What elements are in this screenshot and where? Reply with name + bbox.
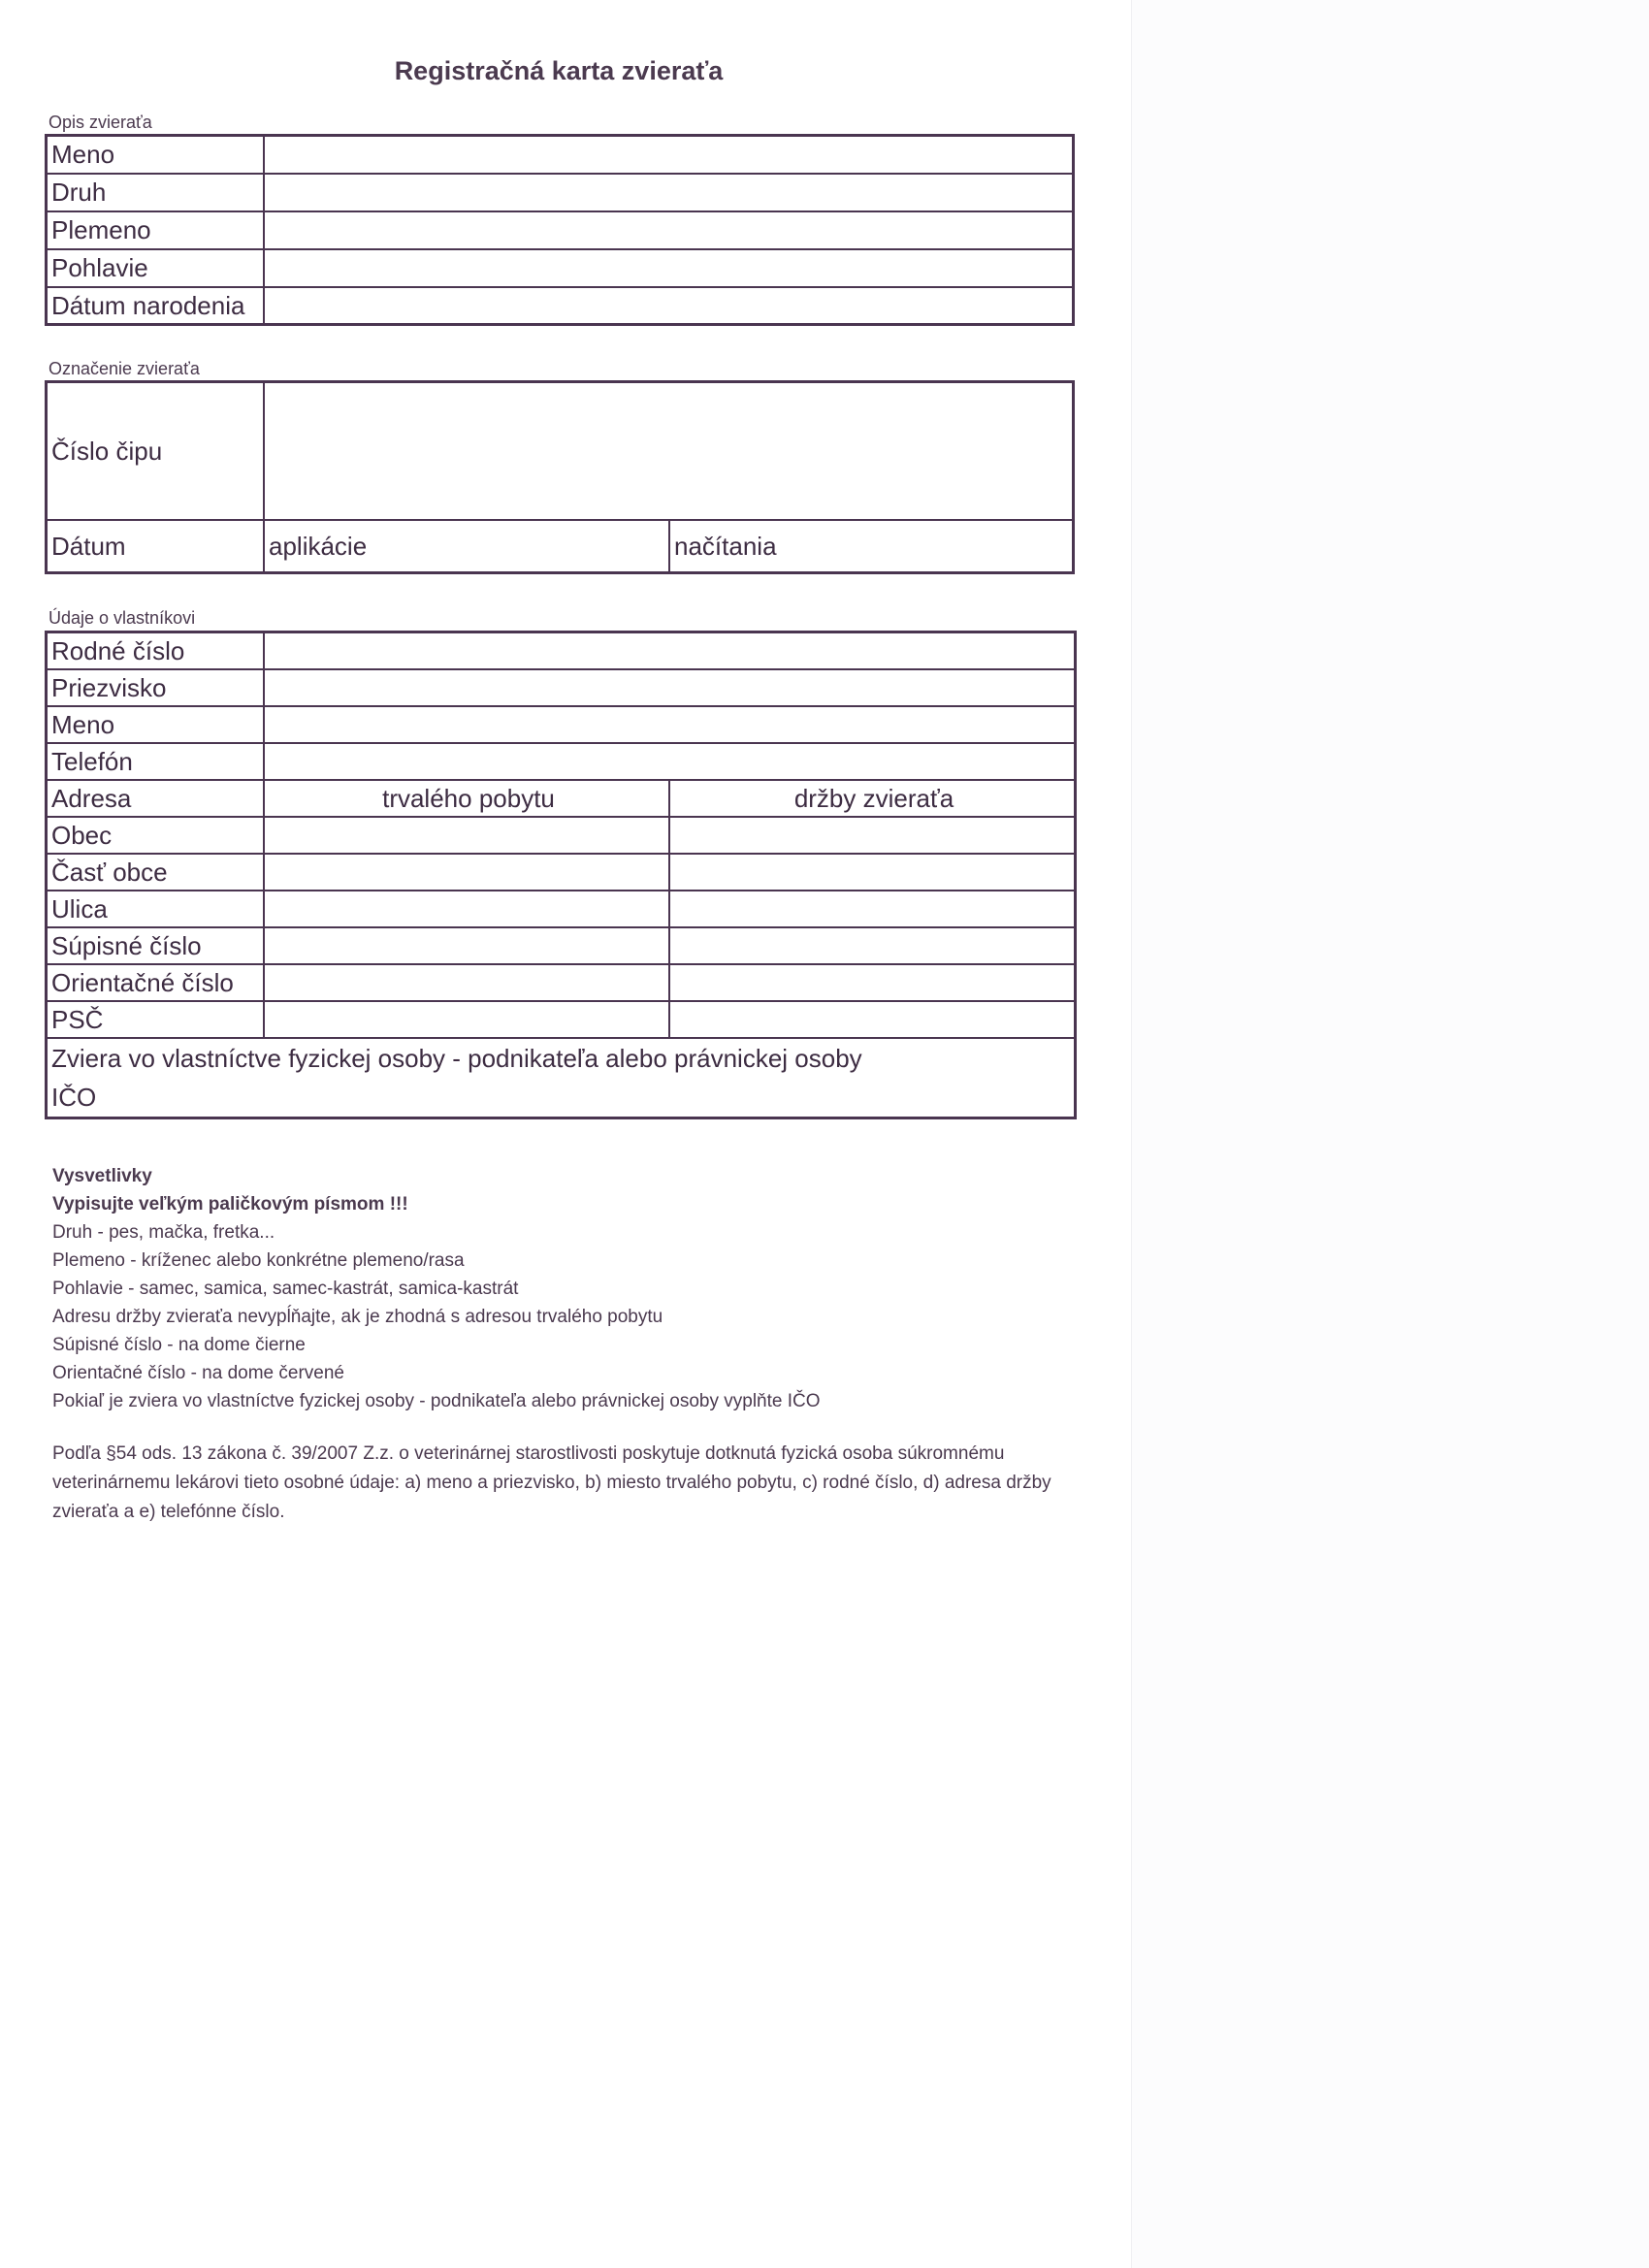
note-line: Pokiaľ je zviera vo vlastníctve fyzickej… [52, 1387, 821, 1415]
field-label: Meno [47, 706, 265, 743]
birth-date-field[interactable] [264, 287, 1074, 325]
phone-field[interactable] [264, 743, 1076, 780]
permanent-registry-number-field[interactable] [264, 927, 669, 964]
keeping-street-field[interactable] [669, 891, 1076, 927]
section-label-animal-marking: Označenie zvieraťa [48, 359, 200, 379]
permanent-district-field[interactable] [264, 854, 669, 891]
scanner-background [1131, 0, 1649, 2268]
keeping-postal-code-field[interactable] [669, 1001, 1076, 1038]
field-label: Dátum narodenia [47, 287, 265, 325]
field-label: Telefón [47, 743, 265, 780]
field-label: Obec [47, 817, 265, 854]
field-label: Priezvisko [47, 669, 265, 706]
field-label: Súpisné číslo [47, 927, 265, 964]
notes-heading: Vysvetlivky [52, 1162, 821, 1190]
sex-field[interactable] [264, 249, 1074, 287]
birth-number-field[interactable] [264, 632, 1076, 669]
note-line: Súpisné číslo - na dome čierne [52, 1331, 821, 1359]
breed-field[interactable] [264, 211, 1074, 249]
section-label-animal-description: Opis zvieraťa [48, 113, 152, 133]
business-owner-note: Zviera vo vlastníctve fyzickej osoby - p… [51, 1039, 1074, 1078]
application-date-field[interactable]: aplikácie [264, 520, 669, 573]
section-label-owner: Údaje o vlastníkovi [48, 608, 195, 629]
surname-field[interactable] [264, 669, 1076, 706]
field-label: Rodné číslo [47, 632, 265, 669]
species-field[interactable] [264, 174, 1074, 211]
page-title: Registračná karta zvieraťa [0, 56, 1117, 86]
address-permanent-header: trvalého pobytu [264, 780, 669, 817]
field-label: Adresa [47, 780, 265, 817]
field-label: Druh [47, 174, 265, 211]
legal-paragraph: Podľa §54 ods. 13 zákona č. 39/2007 Z.z.… [52, 1440, 1081, 1527]
field-label: Plemeno [47, 211, 265, 249]
keeping-registry-number-field[interactable] [669, 927, 1076, 964]
first-name-field[interactable] [264, 706, 1076, 743]
keeping-house-number-field[interactable] [669, 964, 1076, 1001]
field-label: Pohlavie [47, 249, 265, 287]
notes-emphasis: Vypisujte veľkým paličkovým písmom !!! [52, 1190, 821, 1218]
chip-number-field[interactable] [264, 382, 1074, 520]
animal-description-table: Meno Druh Plemeno Pohlavie Dátum naroden… [45, 134, 1075, 326]
keeping-district-field[interactable] [669, 854, 1076, 891]
note-line: Adresu držby zvieraťa nevypĺňajte, ak je… [52, 1303, 821, 1331]
field-label: PSČ [47, 1001, 265, 1038]
note-line: Orientačné číslo - na dome červené [52, 1359, 821, 1387]
permanent-postal-code-field[interactable] [264, 1001, 669, 1038]
field-label: Dátum [47, 520, 265, 573]
notes: Vysvetlivky Vypisujte veľkým paličkovým … [52, 1162, 821, 1415]
reading-date-field[interactable]: načítania [669, 520, 1074, 573]
owner-table: Rodné číslo Priezvisko Meno Telefón Adre… [45, 631, 1077, 1119]
business-owner-field[interactable]: Zviera vo vlastníctve fyzickej osoby - p… [47, 1038, 1076, 1118]
note-line: Druh - pes, mačka, fretka... [52, 1218, 821, 1247]
animal-marking-table: Číslo čipu Dátum aplikácie načítania [45, 380, 1075, 574]
field-label: Orientačné číslo [47, 964, 265, 1001]
permanent-house-number-field[interactable] [264, 964, 669, 1001]
field-label: Číslo čipu [47, 382, 265, 520]
address-keeping-header: držby zvieraťa [669, 780, 1076, 817]
field-label: Ulica [47, 891, 265, 927]
permanent-municipality-field[interactable] [264, 817, 669, 854]
note-line: Plemeno - kríženec alebo konkrétne pleme… [52, 1247, 821, 1275]
field-label: Meno [47, 136, 265, 174]
note-line: Pohlavie - samec, samica, samec-kastrát,… [52, 1275, 821, 1303]
name-field[interactable] [264, 136, 1074, 174]
ico-label: IČO [51, 1078, 1074, 1117]
field-label: Časť obce [47, 854, 265, 891]
keeping-municipality-field[interactable] [669, 817, 1076, 854]
permanent-street-field[interactable] [264, 891, 669, 927]
